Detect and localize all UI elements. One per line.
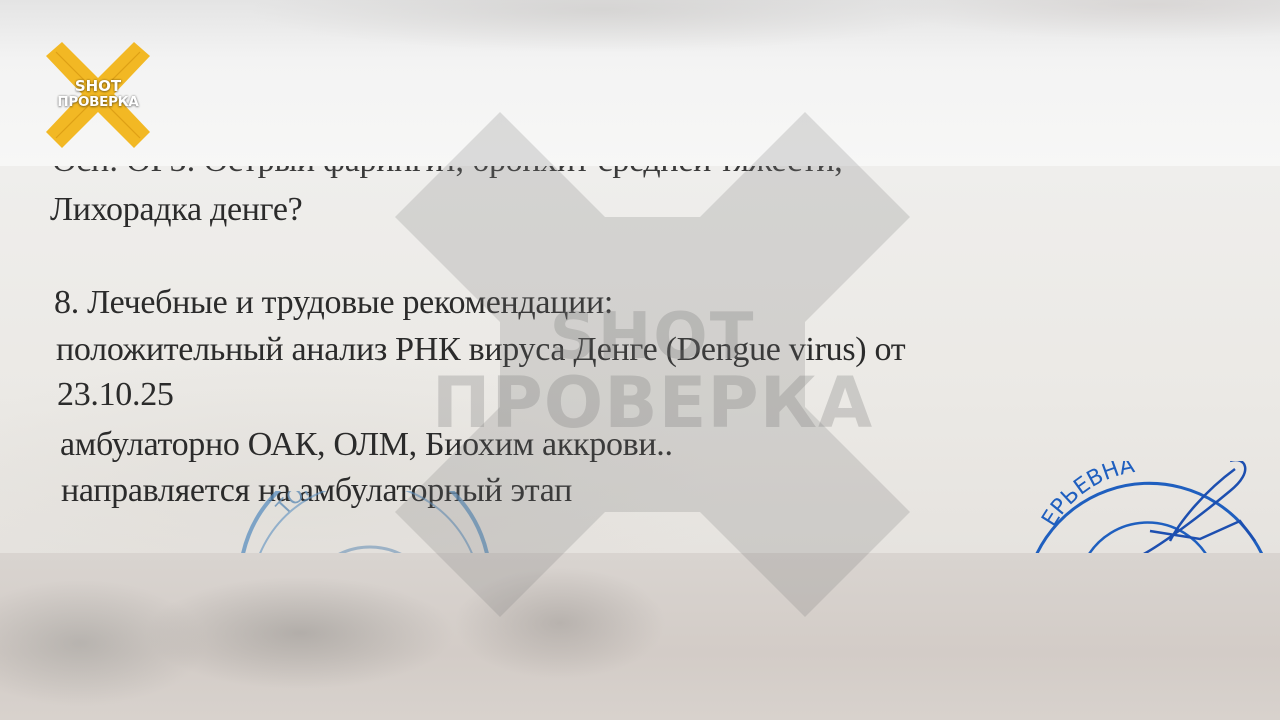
document-photo: Осн: ОРЗ: Острый фарингит, бронхит средн…: [0, 166, 1280, 553]
stamp-right: ЕРЬЕВНА: [1030, 461, 1280, 553]
svg-text:ЕРЬЕВНА: ЕРЬЕВНА: [1037, 461, 1136, 531]
shot-proverka-logo: SHOT ПРОВЕРКА: [42, 42, 154, 148]
document-line-outpatient-tests: амбулаторно ОАК, ОЛМ, Биохим аккрови..: [60, 428, 673, 462]
logo-proverka-text: ПРОВЕРКА: [42, 96, 154, 110]
document-line-rna-test: положительный анализ РНК вируса Денге (D…: [56, 333, 905, 367]
document-line-diagnosis: Лихорадка денге?: [50, 193, 302, 227]
document-line-cut: Осн: ОРЗ: Острый фарингит, бронхит средн…: [52, 166, 843, 178]
document-line-recommendations-heading: 8. Лечебные и трудовые рекомендации:: [54, 286, 613, 320]
blurred-bottom-background: [0, 553, 1280, 720]
logo-shot-text: SHOT: [42, 79, 154, 94]
signature: [1140, 461, 1255, 553]
stamp-left-text: ТОРОВНА: [270, 491, 372, 520]
svg-text:ТОРОВНА: ТОРОВНА: [270, 491, 372, 520]
document-line-date: 23.10.25: [57, 378, 174, 412]
stamp-right-text: ЕРЬЕВНА: [1037, 461, 1136, 531]
stamp-left: ТОРОВНА: [230, 491, 500, 553]
blurred-top-background: [0, 0, 1280, 166]
